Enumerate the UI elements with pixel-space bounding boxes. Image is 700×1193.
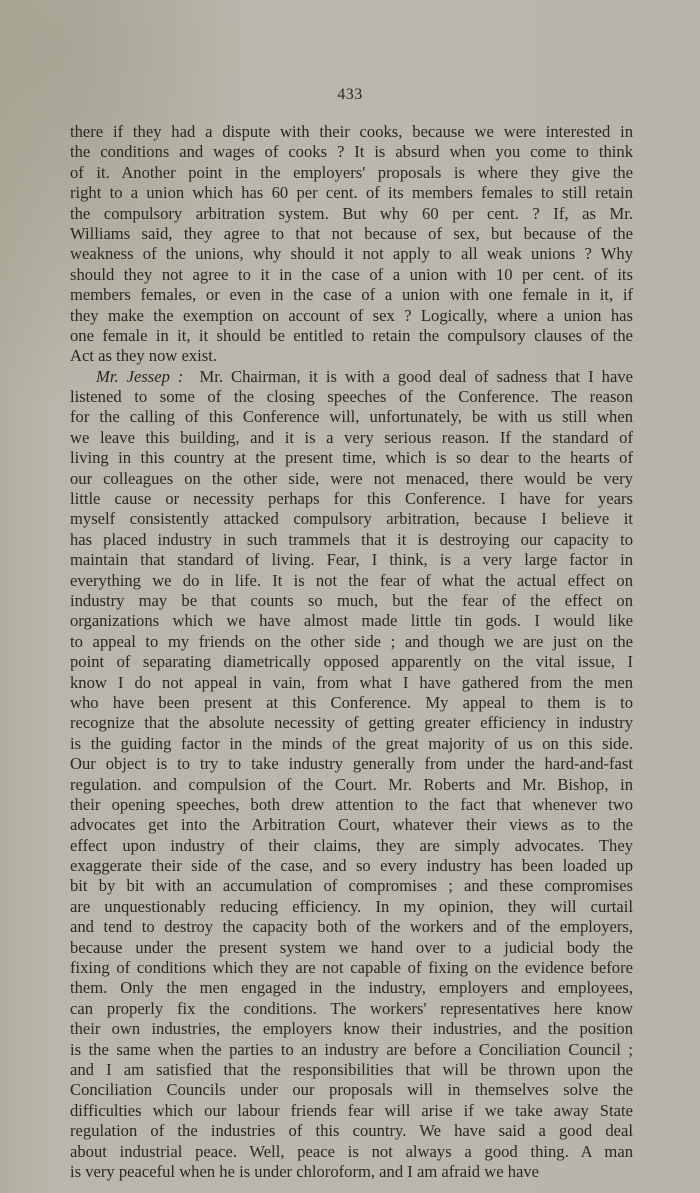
text-line: bit by bit with an accumulation of compr… bbox=[70, 876, 633, 896]
text-line: and I am satisfied that the responsibili… bbox=[70, 1060, 633, 1080]
text-line: living in this country at the present ti… bbox=[70, 448, 633, 468]
text-line: to appeal to my friends on the other sid… bbox=[70, 632, 633, 652]
text-line: should they not agree to it in the case … bbox=[70, 265, 633, 285]
paragraph-1: there if they had a dispute with their c… bbox=[70, 122, 633, 367]
text-line: regulation of the industries of this cou… bbox=[70, 1121, 633, 1141]
text-line: Williams said, they agree to that not be… bbox=[70, 224, 633, 244]
text-line: fixing of conditions which they are not … bbox=[70, 958, 633, 978]
text-line: about industrial peace. Well, peace is n… bbox=[70, 1142, 633, 1162]
text-line-first: Mr. Jessep : Mr. Chairman, it is with a … bbox=[70, 367, 633, 387]
text-line: because under the present system we hand… bbox=[70, 938, 633, 958]
page-corner-shadow bbox=[0, 0, 26, 55]
speaker-name: Mr. Jessep : bbox=[96, 367, 183, 386]
text-line: their own industries, the employers know… bbox=[70, 1019, 633, 1039]
paragraph-2: Mr. Jessep : Mr. Chairman, it is with a … bbox=[70, 367, 633, 1183]
text-line: maintain that standard of living. Fear, … bbox=[70, 550, 633, 570]
scanned-page: 433 there if they had a dispute with the… bbox=[0, 0, 700, 1193]
text-line: is the same when the parties to an indus… bbox=[70, 1040, 633, 1060]
text-line: point of separating diametrically oppose… bbox=[70, 652, 633, 672]
text-line: effect upon industry of their claims, th… bbox=[70, 836, 633, 856]
text-line: who have been present at this Conference… bbox=[70, 693, 633, 713]
text-line: members females, or even in the case of … bbox=[70, 285, 633, 305]
text-line: of it. Another point in the employers' p… bbox=[70, 163, 633, 183]
text-line: right to a union which has 60 per cent. … bbox=[70, 183, 633, 203]
text-line: is very peaceful when he is under chloro… bbox=[70, 1162, 633, 1182]
text-line: the compulsory arbitration system. But w… bbox=[70, 204, 633, 224]
text-line: one female in it, it should be entitled … bbox=[70, 326, 633, 346]
body-text: there if they had a dispute with their c… bbox=[70, 122, 633, 1182]
text-line: we leave this building, and it is a very… bbox=[70, 428, 633, 448]
text-line: their opening speeches, both drew attent… bbox=[70, 795, 633, 815]
text-line: Act as they now exist. bbox=[70, 346, 633, 366]
text-line: are unquestionably reducing efficiency. … bbox=[70, 897, 633, 917]
text-line: exaggerate their side of the case, and s… bbox=[70, 856, 633, 876]
text-line: industry may be that counts so much, but… bbox=[70, 591, 633, 611]
text-line: difficulties which our labour friends fe… bbox=[70, 1101, 633, 1121]
text-line: little cause or necessity perhaps for th… bbox=[70, 489, 633, 509]
text-line: Conciliation Councils under our proposal… bbox=[70, 1080, 633, 1100]
text-line: the conditions and wages of cooks ? It i… bbox=[70, 142, 633, 162]
text-line: they make the exemption on account of se… bbox=[70, 306, 633, 326]
text-line: organizations which we have almost made … bbox=[70, 611, 633, 631]
text-line: and tend to destroy the capacity both of… bbox=[70, 917, 633, 937]
text-line: regulation. and compulsion of the Court.… bbox=[70, 775, 633, 795]
text-line: is the guiding factor in the minds of th… bbox=[70, 734, 633, 754]
text-line: know I do not appeal in vain, from what … bbox=[70, 673, 633, 693]
text-line: everything we do in life. It is not the … bbox=[70, 571, 633, 591]
text-line: there if they had a dispute with their c… bbox=[70, 122, 633, 142]
text-line: them. Only the men engaged in the indust… bbox=[70, 978, 633, 998]
text-line: has placed industry in such trammels tha… bbox=[70, 530, 633, 550]
text-line: myself consistently attacked compulsory … bbox=[70, 509, 633, 529]
text-line: listened to some of the closing speeches… bbox=[70, 387, 633, 407]
text-line: our colleagues on the other side, were n… bbox=[70, 469, 633, 489]
text-line: for the calling of this Conference will,… bbox=[70, 407, 633, 427]
text-line: weakness of the unions, why should it no… bbox=[70, 244, 633, 264]
text-line: advocates get into the Arbitration Court… bbox=[70, 815, 633, 835]
page-number: 433 bbox=[0, 86, 700, 104]
text-line: can properly fix the conditions. The wor… bbox=[70, 999, 633, 1019]
text-line: Our object is to try to take industry ge… bbox=[70, 754, 633, 774]
first-line-text: Mr. Chairman, it is with a good deal of … bbox=[199, 367, 633, 386]
text-line: recognize that the absolute necessity of… bbox=[70, 713, 633, 733]
